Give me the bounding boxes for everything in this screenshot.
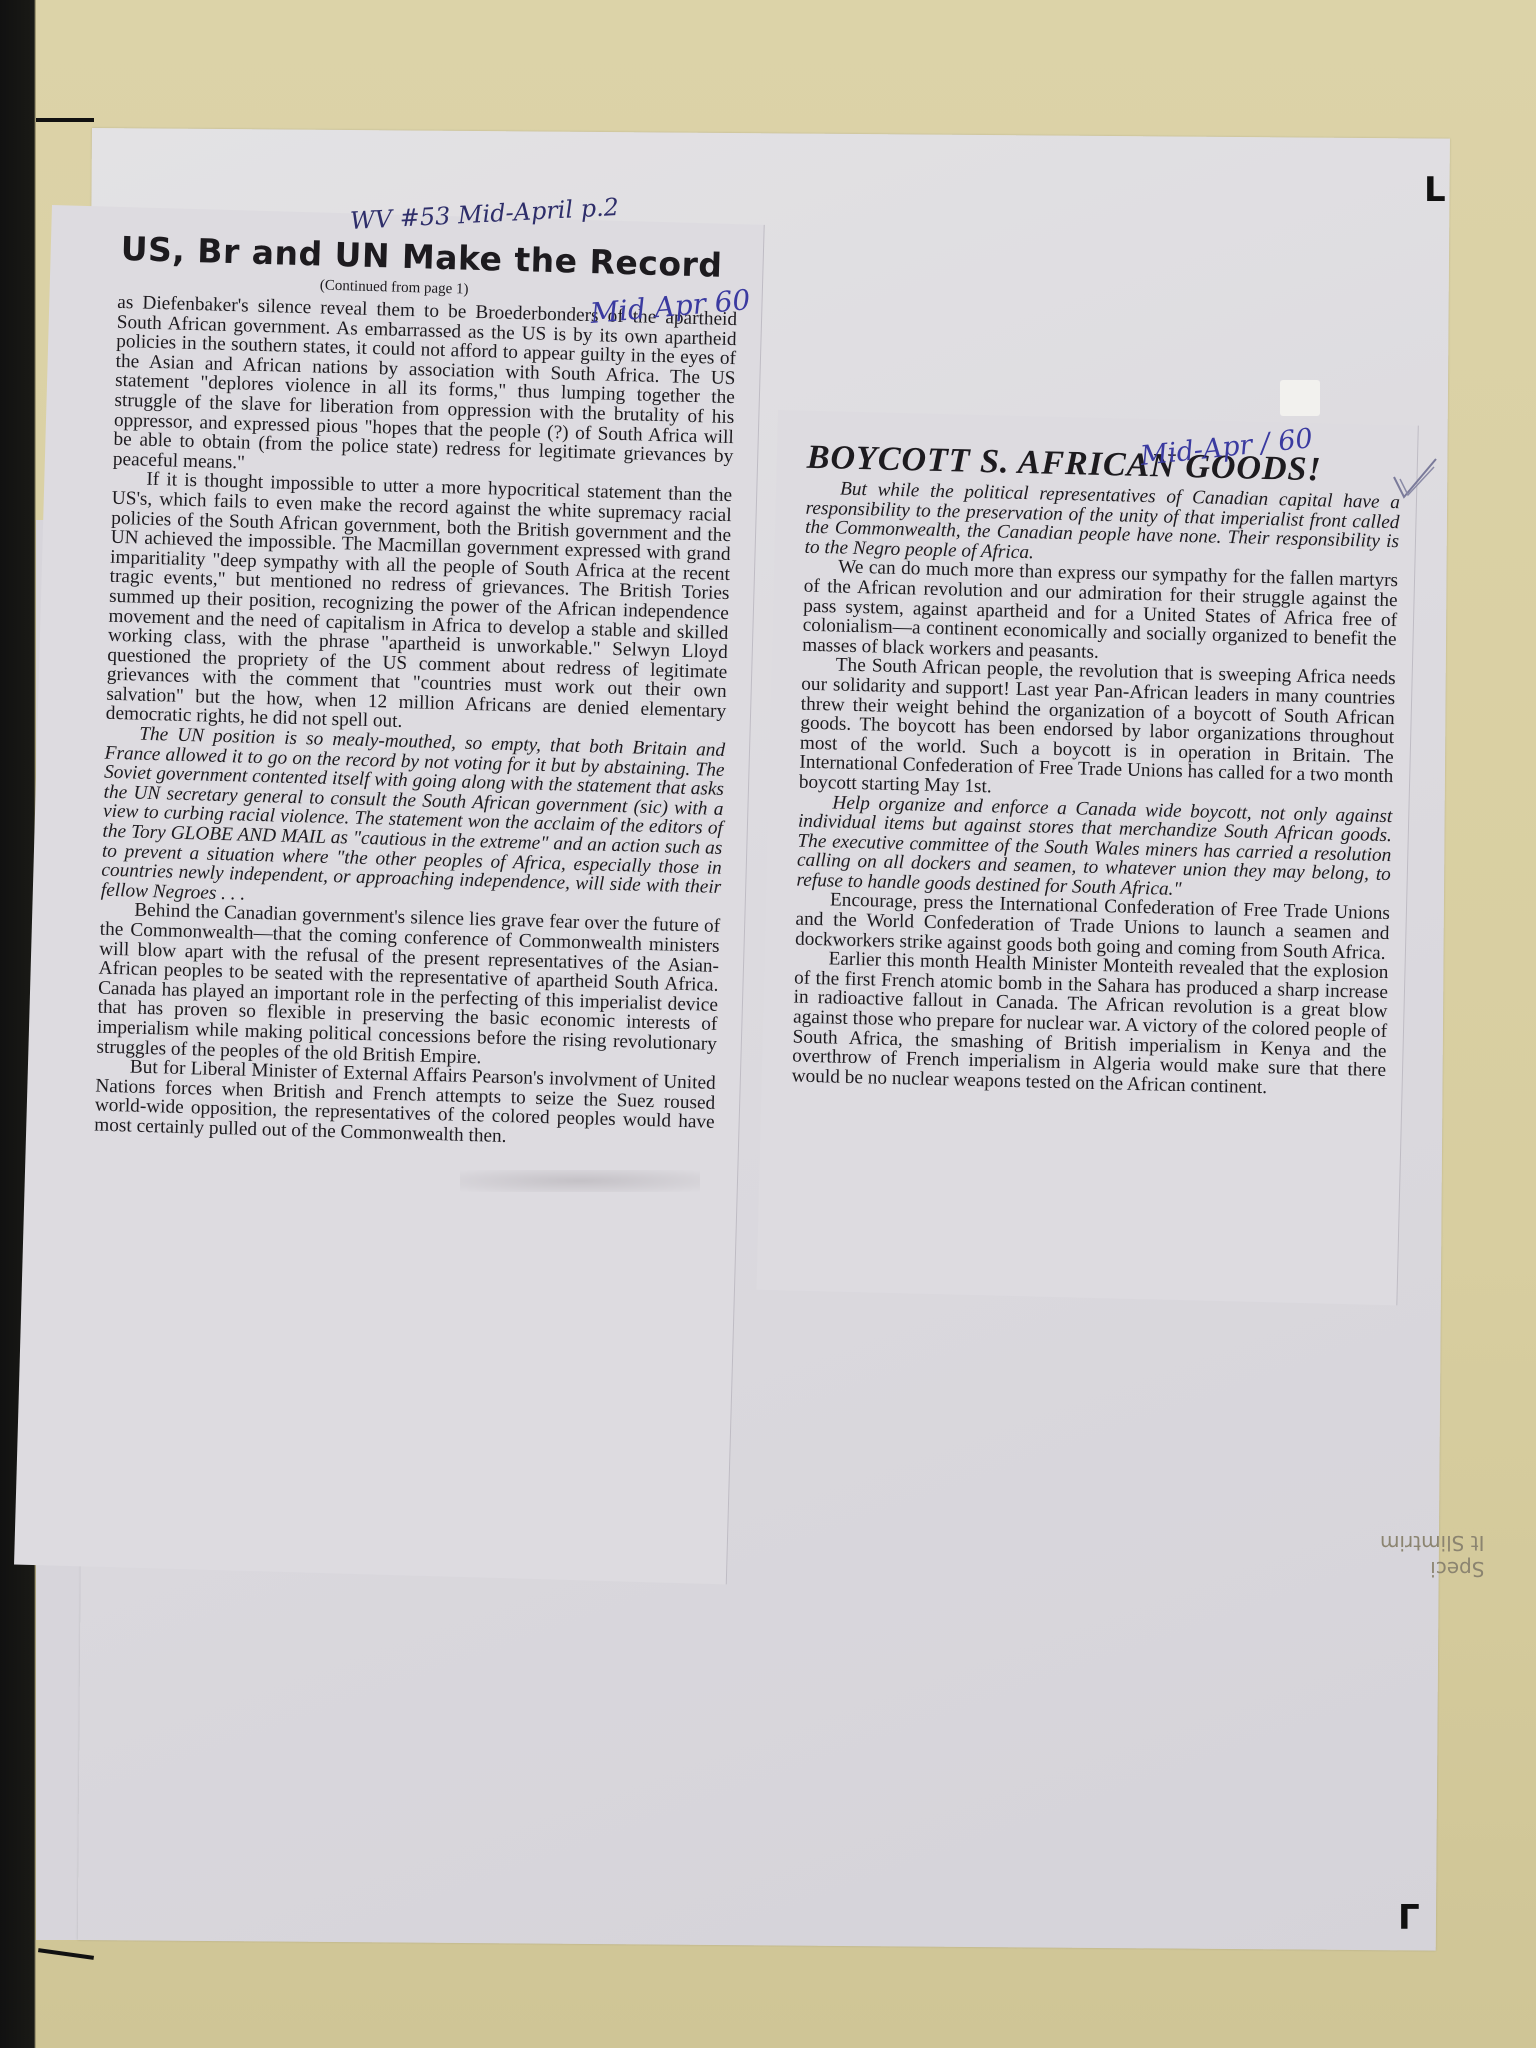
- mirrored-line: Speci: [1380, 1556, 1485, 1582]
- left-article-body: as Diefenbaker's silence reveal them to …: [26, 291, 761, 1153]
- tape-glare: [1280, 380, 1320, 416]
- article-paragraph: We can do much more than express our sym…: [802, 557, 1398, 669]
- article-paragraph: Behind the Canadian government's silence…: [96, 900, 720, 1074]
- mirrored-line: It Slimtrim: [1380, 1530, 1485, 1556]
- article-paragraph: Earlier this month Health Minister Monte…: [791, 949, 1388, 1101]
- article-paragraph: Help organize and enforce a Canada wide …: [796, 792, 1392, 904]
- corner-mark-top-right: L: [1424, 170, 1446, 210]
- article-paragraph: The South African people, the revolution…: [799, 655, 1396, 807]
- left-article-headline: US, Br and UN Make the Record: [120, 229, 763, 286]
- corner-mark-top-left: [36, 118, 94, 122]
- mirrored-background-text: Speci It Slimtrim: [1380, 1530, 1485, 1582]
- right-article-clipping: BOYCOTT S. AFRICAN GOODS! But while the …: [756, 410, 1418, 1305]
- article-paragraph: The UN position is so mealy-mouthed, so …: [101, 724, 726, 918]
- check-mark-icon: [1390, 455, 1440, 505]
- article-paragraph: But for Liberal Minister of External Aff…: [94, 1057, 716, 1153]
- ink-smudge: [460, 1170, 700, 1192]
- article-paragraph: If it is thought impossible to utter a m…: [106, 469, 733, 741]
- left-article-clipping: US, Br and UN Make the Record (Continued…: [14, 205, 765, 1584]
- right-article-body: But while the political representatives …: [761, 478, 1416, 1101]
- corner-mark-bottom-right: L: [1398, 1895, 1420, 1935]
